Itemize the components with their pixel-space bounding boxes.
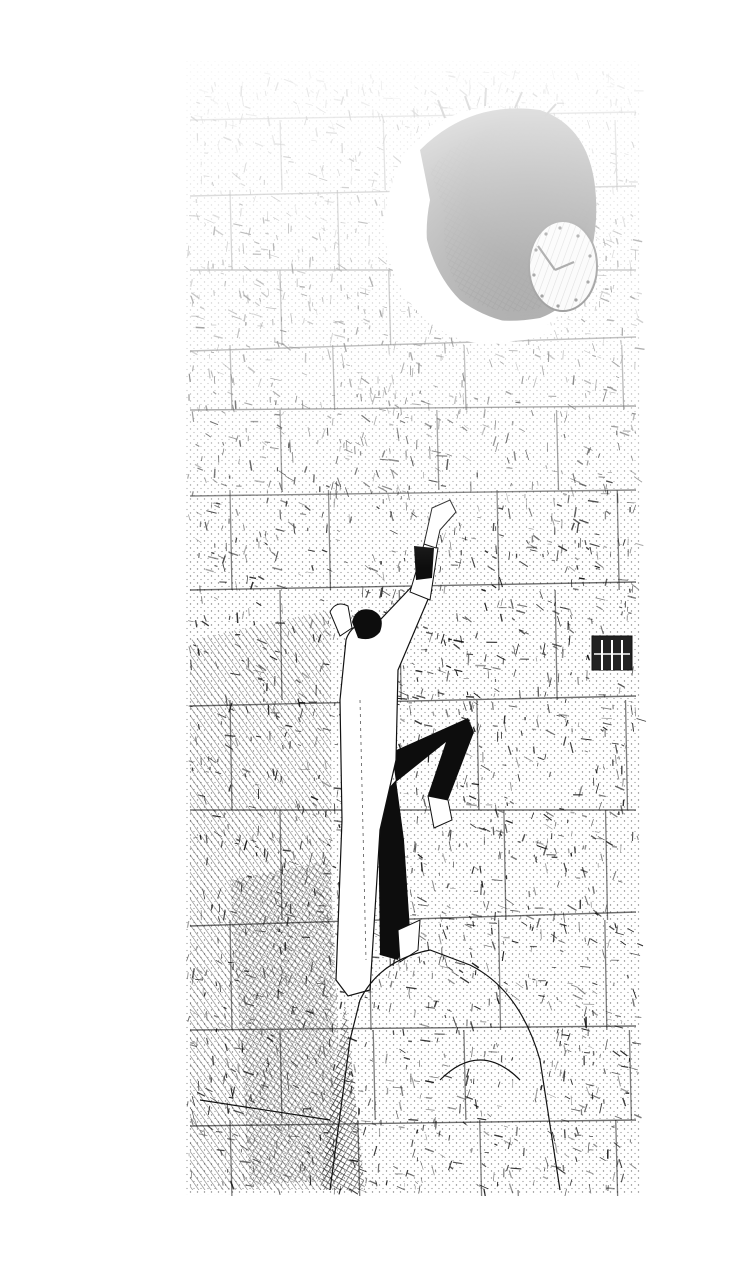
ink-drawing <box>0 0 750 1262</box>
